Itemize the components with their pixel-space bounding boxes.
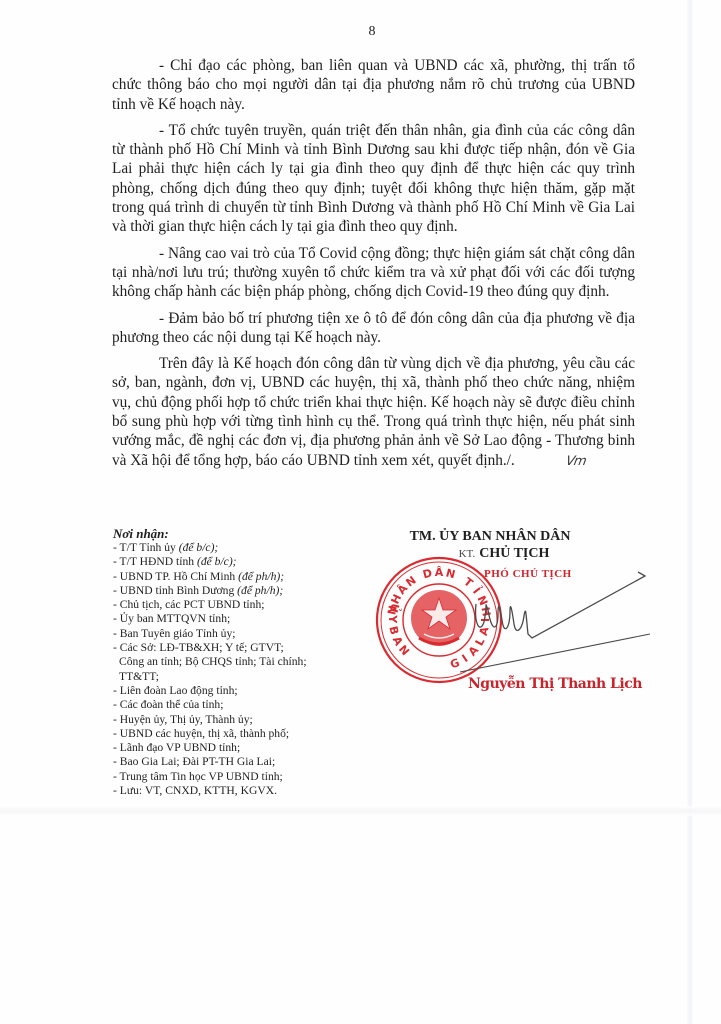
recipient-item: - Ban Tuyên giáo Tỉnh ủy; bbox=[113, 627, 373, 641]
recipient-text: - UBND các huyện, thị xã, thành phố; bbox=[113, 727, 289, 740]
svg-text:D: D bbox=[421, 567, 433, 582]
recipient-text: - T/T Tỉnh ủy bbox=[113, 541, 179, 554]
svg-text:Y: Y bbox=[386, 614, 399, 624]
recipient-item: - UBND các huyện, thị xã, thành phố; bbox=[113, 727, 373, 741]
recipient-item: Công an tỉnh; Bộ CHQS tỉnh; Tài chính; bbox=[113, 655, 373, 669]
recipient-text: Công an tỉnh; Bộ CHQS tỉnh; Tài chính; bbox=[119, 655, 307, 668]
recipient-item: - UBND TP. Hồ Chí Minh (để ph/h); bbox=[113, 570, 373, 584]
handwritten-signature-icon bbox=[440, 564, 650, 674]
recipient-note: (để ph/h); bbox=[237, 584, 283, 597]
recipient-item: - Các Sở: LĐ-TB&XH; Y tế; GTVT; bbox=[113, 641, 373, 655]
recipient-text: - Ủy ban MTTQVN tỉnh; bbox=[113, 612, 230, 625]
recipient-text: - UBND TP. Hồ Chí Minh bbox=[113, 570, 238, 583]
paragraph: - Đảm bảo bố trí phương tiện xe ô tô để … bbox=[112, 309, 635, 348]
recipient-text: - T/T HĐND tỉnh bbox=[113, 555, 197, 568]
recipient-text: - UBND tỉnh Bình Dương bbox=[113, 584, 237, 597]
recipient-text: - Huyện ủy, Thị ủy, Thành ủy; bbox=[113, 713, 253, 726]
recipient-text: TT&TT; bbox=[119, 670, 159, 683]
recipient-items: - T/T Tỉnh ủy (để b/c);- T/T HĐND tỉnh (… bbox=[113, 541, 373, 798]
closing-paragraph: Trên đây là Kế hoạch đón công dân từ vùn… bbox=[112, 354, 635, 471]
recipient-text: - Lãnh đạo VP UBND tỉnh; bbox=[113, 741, 240, 754]
recipient-text: - Các đoàn thể của tỉnh; bbox=[113, 698, 223, 711]
recipient-item: - Các đoàn thể của tỉnh; bbox=[113, 698, 373, 712]
document-body: - Chỉ đạo các phòng, ban liên quan và UB… bbox=[112, 56, 635, 471]
recipient-text: - Trung tâm Tin học VP UBND tỉnh; bbox=[113, 770, 283, 783]
signer-name: Nguyễn Thị Thanh Lịch bbox=[468, 676, 642, 692]
handwritten-initial: Vm bbox=[517, 452, 587, 471]
recipient-text: - Lưu: VT, CNXD, KTTH, KGVX. bbox=[113, 784, 277, 797]
recipients-title: Nơi nhận: bbox=[113, 526, 373, 541]
recipient-item: TT&TT; bbox=[113, 670, 373, 684]
signing-organization: TM. ỦY BAN NHÂN DÂN bbox=[370, 528, 610, 546]
recipient-item: - Lưu: VT, CNXD, KTTH, KGVX. bbox=[113, 784, 373, 798]
recipients-list: Nơi nhận: - T/T Tỉnh ủy (để b/c);- T/T H… bbox=[113, 526, 373, 798]
recipient-text: - Bao Gia Lai; Đài PT-TH Gia Lai; bbox=[113, 755, 275, 768]
recipient-item: - Lãnh đạo VP UBND tỉnh; bbox=[113, 741, 373, 755]
recipient-item: - Bao Gia Lai; Đài PT-TH Gia Lai; bbox=[113, 755, 373, 769]
svg-text:B: B bbox=[386, 625, 401, 636]
scan-bleed-strip bbox=[687, 0, 693, 1024]
page-number: 8 bbox=[0, 24, 721, 40]
recipient-text: - Các Sở: LĐ-TB&XH; Y tế; GTVT; bbox=[113, 641, 284, 654]
recipient-item: - Chủ tịch, các PCT UBND tỉnh; bbox=[113, 598, 373, 612]
recipient-item: - Trung tâm Tin học VP UBND tỉnh; bbox=[113, 770, 373, 784]
paragraph: - Chỉ đạo các phòng, ban liên quan và UB… bbox=[112, 56, 635, 114]
document-page: 8 - Chỉ đạo các phòng, ban liên quan và … bbox=[0, 0, 721, 1024]
recipient-item: - Huyện ủy, Thị ủy, Thành ủy; bbox=[113, 713, 373, 727]
recipient-note: (để b/c); bbox=[179, 541, 219, 554]
recipient-item: - T/T Tỉnh ủy (để b/c); bbox=[113, 541, 373, 555]
recipient-item: - UBND tỉnh Bình Dương (để ph/h); bbox=[113, 584, 373, 598]
paragraph: - Nâng cao vai trò của Tổ Covid cộng đồn… bbox=[112, 244, 635, 302]
recipient-text: - Chủ tịch, các PCT UBND tỉnh; bbox=[113, 598, 264, 611]
recipient-text: - Liên đoàn Lao động tỉnh; bbox=[113, 684, 238, 697]
recipient-note: (để ph/h); bbox=[238, 570, 284, 583]
recipient-item: - T/T HĐND tỉnh (để b/c); bbox=[113, 555, 373, 569]
paragraph: - Tổ chức tuyên truyền, quán triệt đến t… bbox=[112, 121, 635, 237]
signature-block: TM. ỦY BAN NHÂN DÂN KT.CHỦ TỊCH DÂNNHÂNT… bbox=[370, 524, 650, 714]
recipient-text: - Ban Tuyên giáo Tỉnh ủy; bbox=[113, 627, 236, 640]
recipient-item: - Liên đoàn Lao động tỉnh; bbox=[113, 684, 373, 698]
recipient-note: (để b/c); bbox=[197, 555, 237, 568]
recipient-item: - Ủy ban MTTQVN tỉnh; bbox=[113, 612, 373, 626]
scan-ghost-line bbox=[0, 806, 721, 816]
